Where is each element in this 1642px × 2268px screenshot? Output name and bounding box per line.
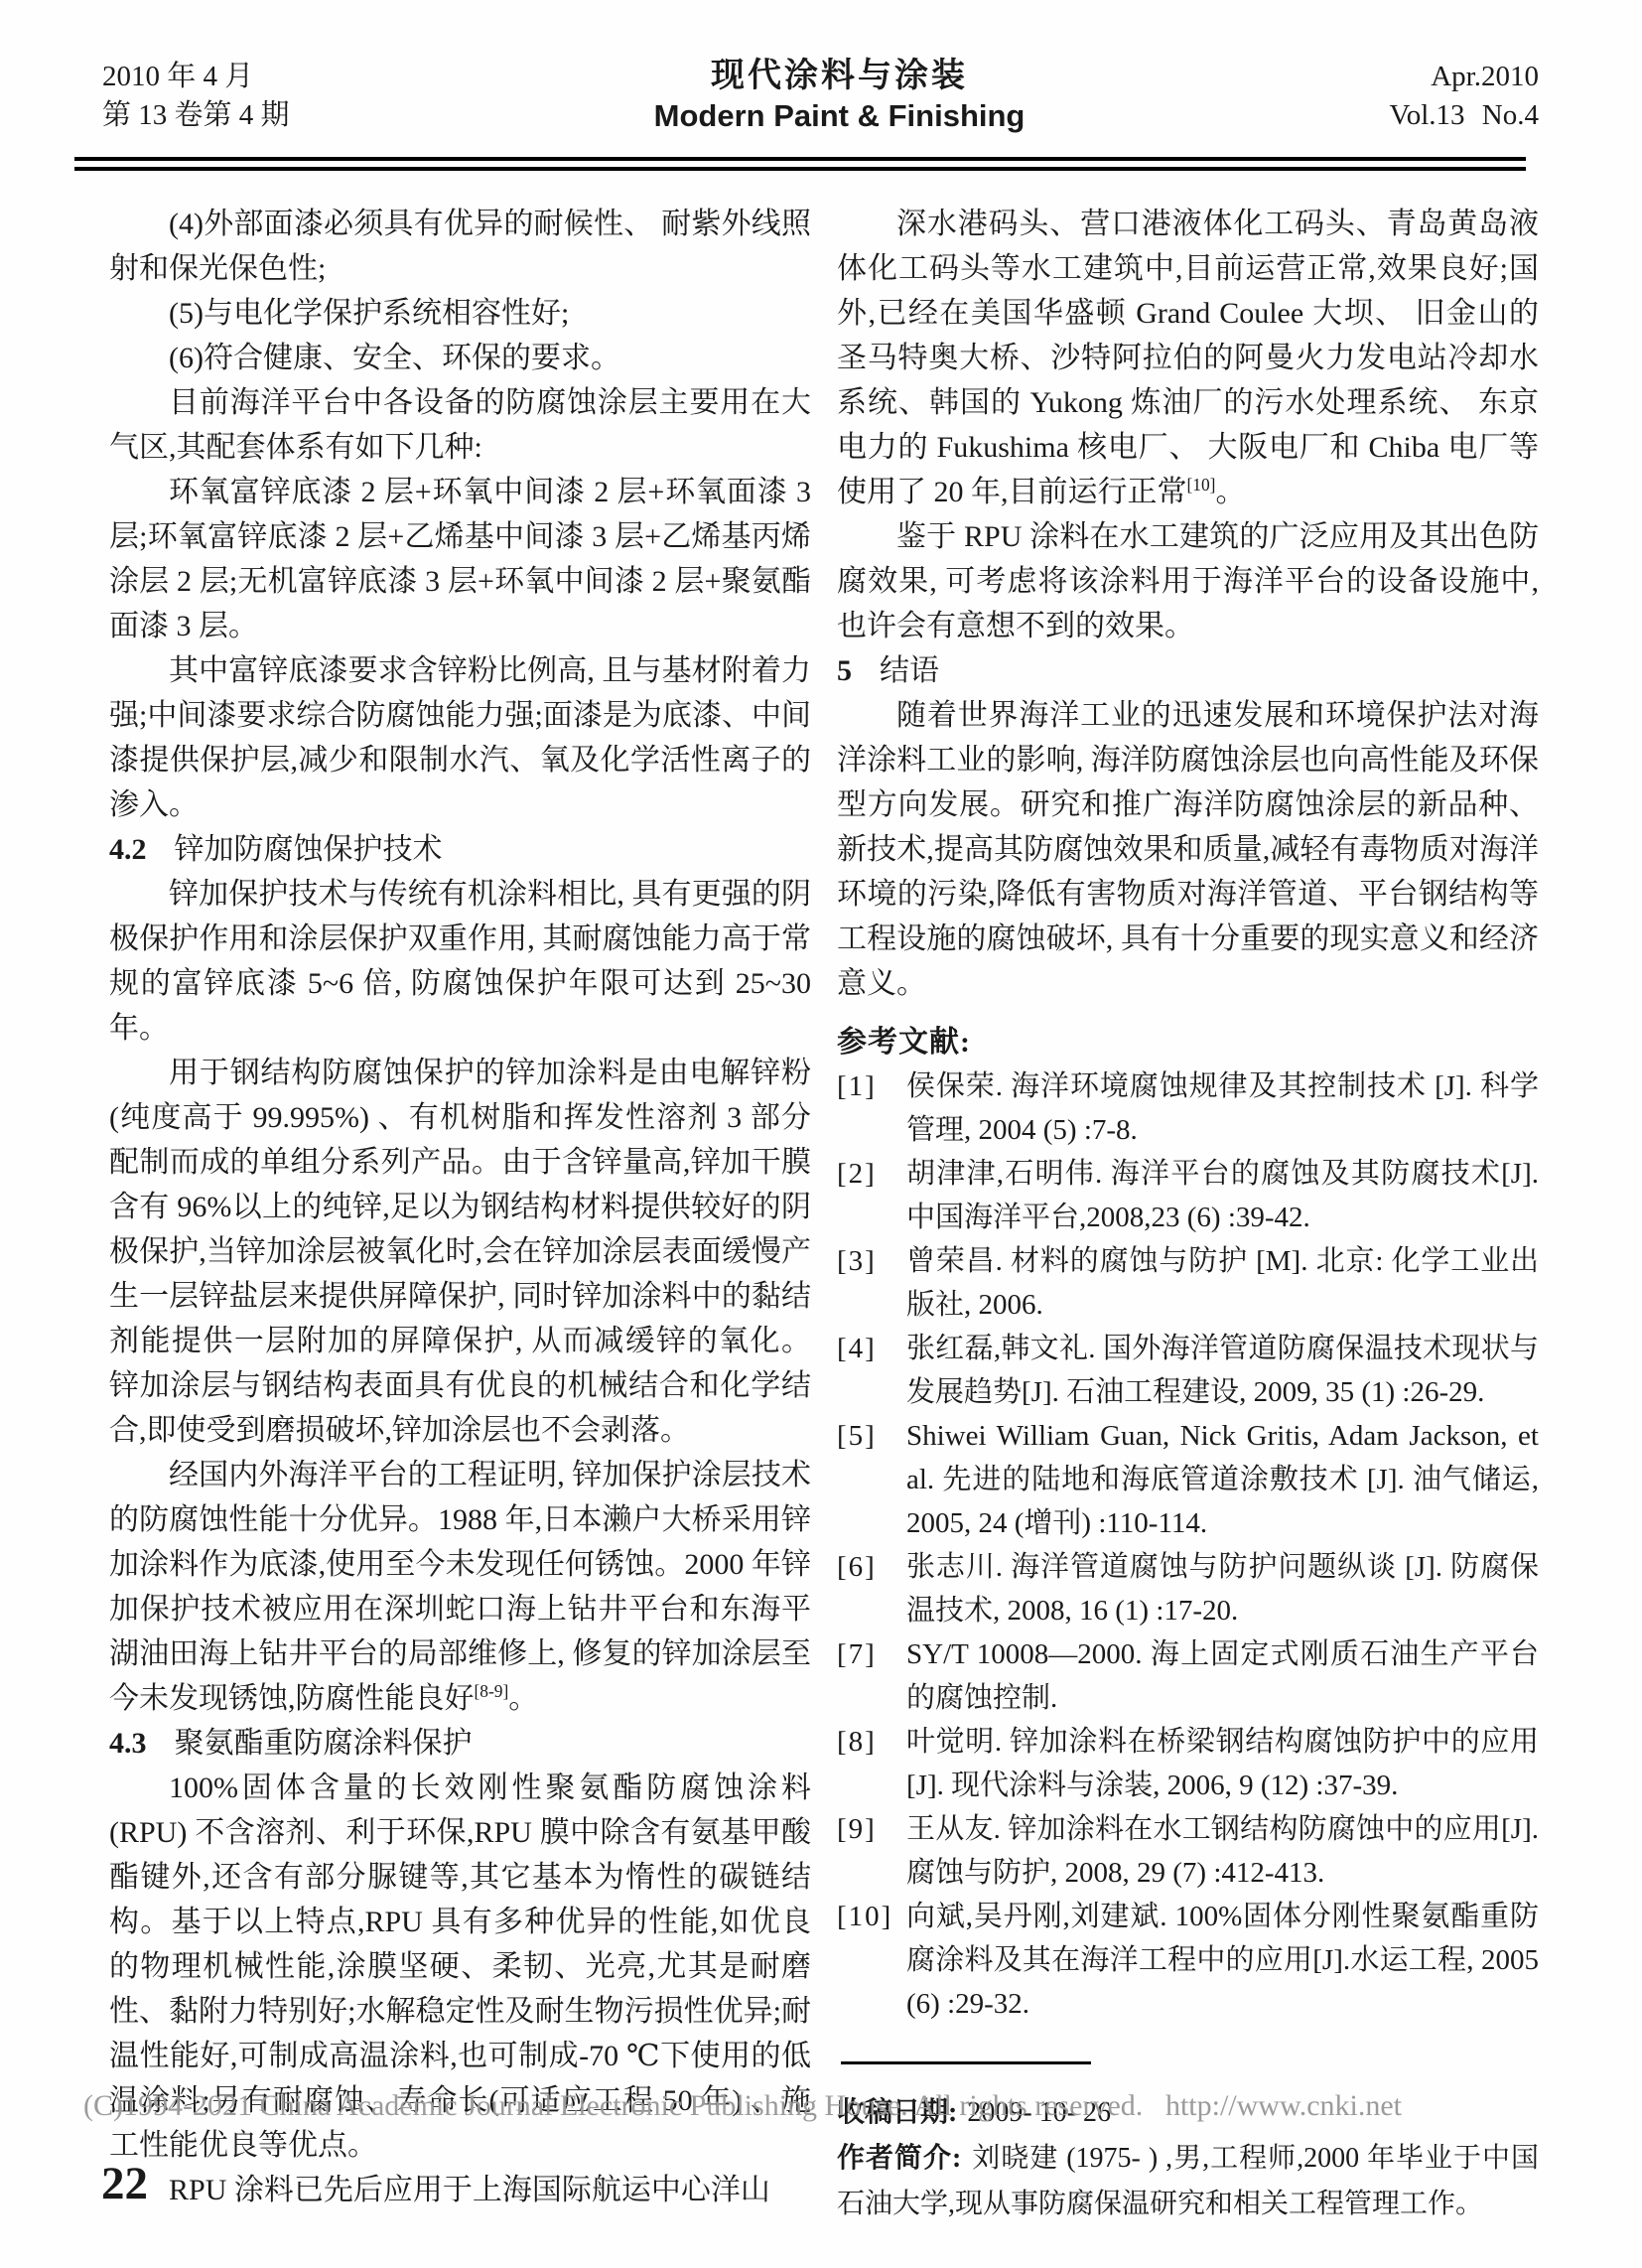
reference-text: 叶觉明. 锌加涂料在桥梁钢结构腐蚀防护中的应用[J]. 现代涂料与涂装, 200…	[906, 1726, 1539, 1801]
reference-item: [3] 曾荣昌. 材料的腐蚀与防护 [M]. 北京: 化学工业出版社, 2006…	[837, 1239, 1539, 1327]
section-title: 锌加防腐蚀保护技术	[175, 833, 443, 866]
paragraph: (6)符合健康、安全、环保的要求。	[109, 336, 811, 380]
reference-label: [9]	[837, 1807, 877, 1851]
reference-text: 王从友. 锌加涂料在水工钢结构防腐蚀中的应用[J]. 腐蚀与防护, 2008, …	[906, 1813, 1539, 1889]
paragraph: (5)与电化学保护系统相容性好;	[109, 291, 811, 336]
reference-item: [9] 王从友. 锌加涂料在水工钢结构防腐蚀中的应用[J]. 腐蚀与防护, 20…	[837, 1807, 1539, 1895]
journal-title-cn: 现代涂料与涂装	[654, 56, 1026, 97]
paragraph: (4)外部面漆必须具有优异的耐候性、 耐紫外线照射和保光保色性;	[109, 202, 811, 291]
article-body: (4)外部面漆必须具有优异的耐候性、 耐紫外线照射和保光保色性; (5)与电化学…	[109, 202, 1539, 2227]
header-issue-cn: 第 13 卷第 4 期	[102, 96, 290, 135]
reference-item: [7] SY/T 10008—2000. 海上固定式刚质石油生产平台的腐蚀控制.	[837, 1632, 1539, 1720]
section-title: 聚氨酯重防腐涂料保护	[175, 1727, 473, 1760]
reference-item: [4] 张红磊,韩文礼. 国外海洋管道防腐保温技术现状与发展趋势[J]. 石油工…	[837, 1327, 1539, 1414]
citation-superscript: [8-9]	[475, 1681, 509, 1701]
paragraph: 经国内外海洋平台的工程证明, 锌加保护涂层技术的防腐蚀性能十分优异。1988 年…	[109, 1453, 811, 1721]
paragraph: RPU 涂料已先后应用于上海国际航运中心洋山	[109, 2168, 811, 2212]
reference-item: [8] 叶觉明. 锌加涂料在桥梁钢结构腐蚀防护中的应用[J]. 现代涂料与涂装,…	[837, 1720, 1539, 1807]
citation-superscript: [10]	[1187, 475, 1216, 495]
reference-item: [2] 胡津津,石明伟. 海洋平台的腐蚀及其防腐技术[J]. 中国海洋平台,20…	[837, 1152, 1539, 1239]
header-left-block: 2010 年 4 月 第 13 卷第 4 期	[102, 58, 290, 135]
left-column: (4)外部面漆必须具有优异的耐候性、 耐紫外线照射和保光保色性; (5)与电化学…	[109, 202, 811, 2227]
paragraph: 用于钢结构防腐蚀保护的锌加涂料是由电解锌粉(纯度高于 99.995%) 、有机树…	[109, 1051, 811, 1453]
reference-label: [8]	[837, 1720, 877, 1764]
section-number: 5	[837, 654, 852, 687]
header-date-cn: 2010 年 4 月	[102, 58, 290, 96]
reference-item: [6] 张志川. 海洋管道腐蚀与防护问题纵谈 [J]. 防腐保温技术, 2008…	[837, 1545, 1539, 1632]
paragraph-text: 。	[1215, 476, 1245, 508]
right-column: 深水港码头、营口港液体化工码头、青岛黄岛液体化工码头等水工建筑中,目前运营正常,…	[837, 202, 1539, 2227]
reference-text: 向斌,吴丹刚,刘建斌. 100%固体分刚性聚氨酯重防腐涂料及其在海洋工程中的应用…	[906, 1901, 1539, 2020]
section-number: 4.3	[109, 1727, 147, 1760]
paragraph-text: 深水港码头、营口港液体化工码头、青岛黄岛液体化工码头等水工建筑中,目前运营正常,…	[837, 208, 1539, 508]
section-heading-5: 5结语	[837, 648, 1539, 693]
reference-text: 张红磊,韩文礼. 国外海洋管道防腐保温技术现状与发展趋势[J]. 石油工程建设,…	[906, 1333, 1539, 1408]
section-title: 结语	[880, 654, 939, 687]
header-date-en: Apr.2010	[1390, 58, 1539, 96]
reference-item: [5] Shiwei William Guan, Nick Gritis, Ad…	[837, 1414, 1539, 1545]
header-double-rule	[74, 157, 1526, 171]
paragraph: 100%固体含量的长效刚性聚氨酯防腐蚀涂料(RPU) 不含溶剂、利于环保,RPU…	[109, 1766, 811, 2168]
reference-label: [5]	[837, 1414, 877, 1458]
section-number: 4.2	[109, 833, 147, 866]
paragraph-text: 。	[508, 1682, 538, 1715]
received-date-label: 收稿日期:	[837, 2097, 957, 2128]
paragraph: 鉴于 RPU 涂料在水工建筑的广泛应用及其出色防腐效果, 可考虑将该涂料用于海洋…	[837, 514, 1539, 648]
footnote-block: 收稿日期:2009- 10- 26 作者简介:刘晓建 (1975- ) ,男,工…	[837, 2090, 1539, 2227]
section-heading-4-3: 4.3聚氨酯重防腐涂料保护	[109, 1721, 811, 1766]
paragraph: 锌加保护技术与传统有机涂料相比, 具有更强的阴极保护作用和涂层保护双重作用, 其…	[109, 872, 811, 1051]
header-center-block: 现代涂料与涂装 Modern Paint & Finishing	[654, 56, 1026, 135]
reference-item: [10] 向斌,吴丹刚,刘建斌. 100%固体分刚性聚氨酯重防腐涂料及其在海洋工…	[837, 1895, 1539, 2026]
reference-label: [7]	[837, 1632, 877, 1676]
reference-label: [3]	[837, 1239, 877, 1283]
reference-text: 侯保荣. 海洋环境腐蚀规律及其控制技术 [J]. 科学管理, 2004 (5) …	[906, 1070, 1539, 1146]
paragraph: 随着世界海洋工业的迅速发展和环境保护法对海洋涂料工业的影响, 海洋防腐蚀涂层也向…	[837, 693, 1539, 1006]
header-right-block: Apr.2010 Vol.13 No.4	[1390, 58, 1539, 135]
paragraph: 目前海洋平台中各设备的防腐蚀涂层主要用在大气区,其配套体系有如下几种:	[109, 380, 811, 470]
journal-page: 2010 年 4 月 第 13 卷第 4 期 现代涂料与涂装 Modern Pa…	[0, 0, 1642, 2268]
author-bio-line: 作者简介:刘晓建 (1975- ) ,男,工程师,2000 年毕业于中国石油大学…	[837, 2136, 1539, 2227]
reference-item: [1] 侯保荣. 海洋环境腐蚀规律及其控制技术 [J]. 科学管理, 2004 …	[837, 1064, 1539, 1152]
received-date-line: 收稿日期:2009- 10- 26	[837, 2090, 1539, 2136]
reference-label: [4]	[837, 1327, 877, 1370]
reference-text: SY/T 10008—2000. 海上固定式刚质石油生产平台的腐蚀控制.	[906, 1638, 1539, 1714]
received-date-value: 2009- 10- 26	[967, 2097, 1111, 2128]
reference-label: [6]	[837, 1545, 877, 1589]
section-heading-4-2: 4.2锌加防腐蚀保护技术	[109, 827, 811, 872]
reference-text: Shiwei William Guan, Nick Gritis, Adam J…	[906, 1420, 1539, 1539]
references-heading: 参考文献:	[837, 1020, 1539, 1064]
reference-label: [2]	[837, 1152, 877, 1196]
footnote-separator	[841, 2061, 1091, 2064]
reference-text: 曾荣昌. 材料的腐蚀与防护 [M]. 北京: 化学工业出版社, 2006.	[906, 1245, 1539, 1321]
reference-label: [10]	[837, 1895, 892, 1938]
reference-text: 张志川. 海洋管道腐蚀与防护问题纵谈 [J]. 防腐保温技术, 2008, 16…	[906, 1551, 1539, 1627]
references-list: [1] 侯保荣. 海洋环境腐蚀规律及其控制技术 [J]. 科学管理, 2004 …	[837, 1064, 1539, 2026]
journal-title-en: Modern Paint & Finishing	[654, 97, 1026, 135]
page-number: 22	[101, 2157, 148, 2210]
header-issue-en: Vol.13 No.4	[1390, 96, 1539, 135]
reference-text: 胡津津,石明伟. 海洋平台的腐蚀及其防腐技术[J]. 中国海洋平台,2008,2…	[906, 1158, 1539, 1233]
page-header: 2010 年 4 月 第 13 卷第 4 期 现代涂料与涂装 Modern Pa…	[102, 58, 1539, 135]
paragraph: 深水港码头、营口港液体化工码头、青岛黄岛液体化工码头等水工建筑中,目前运营正常,…	[837, 202, 1539, 514]
author-bio-label: 作者简介:	[837, 2143, 961, 2174]
paragraph-text: 经国内外海洋平台的工程证明, 锌加保护涂层技术的防腐蚀性能十分优异。1988 年…	[109, 1459, 811, 1715]
reference-label: [1]	[837, 1064, 877, 1108]
paragraph: 其中富锌底漆要求含锌粉比例高, 且与基材附着力强;中间漆要求综合防腐蚀能力强;面…	[109, 648, 811, 827]
paragraph: 环氧富锌底漆 2 层+环氧中间漆 2 层+环氧面漆 3 层;环氧富锌底漆 2 层…	[109, 470, 811, 648]
